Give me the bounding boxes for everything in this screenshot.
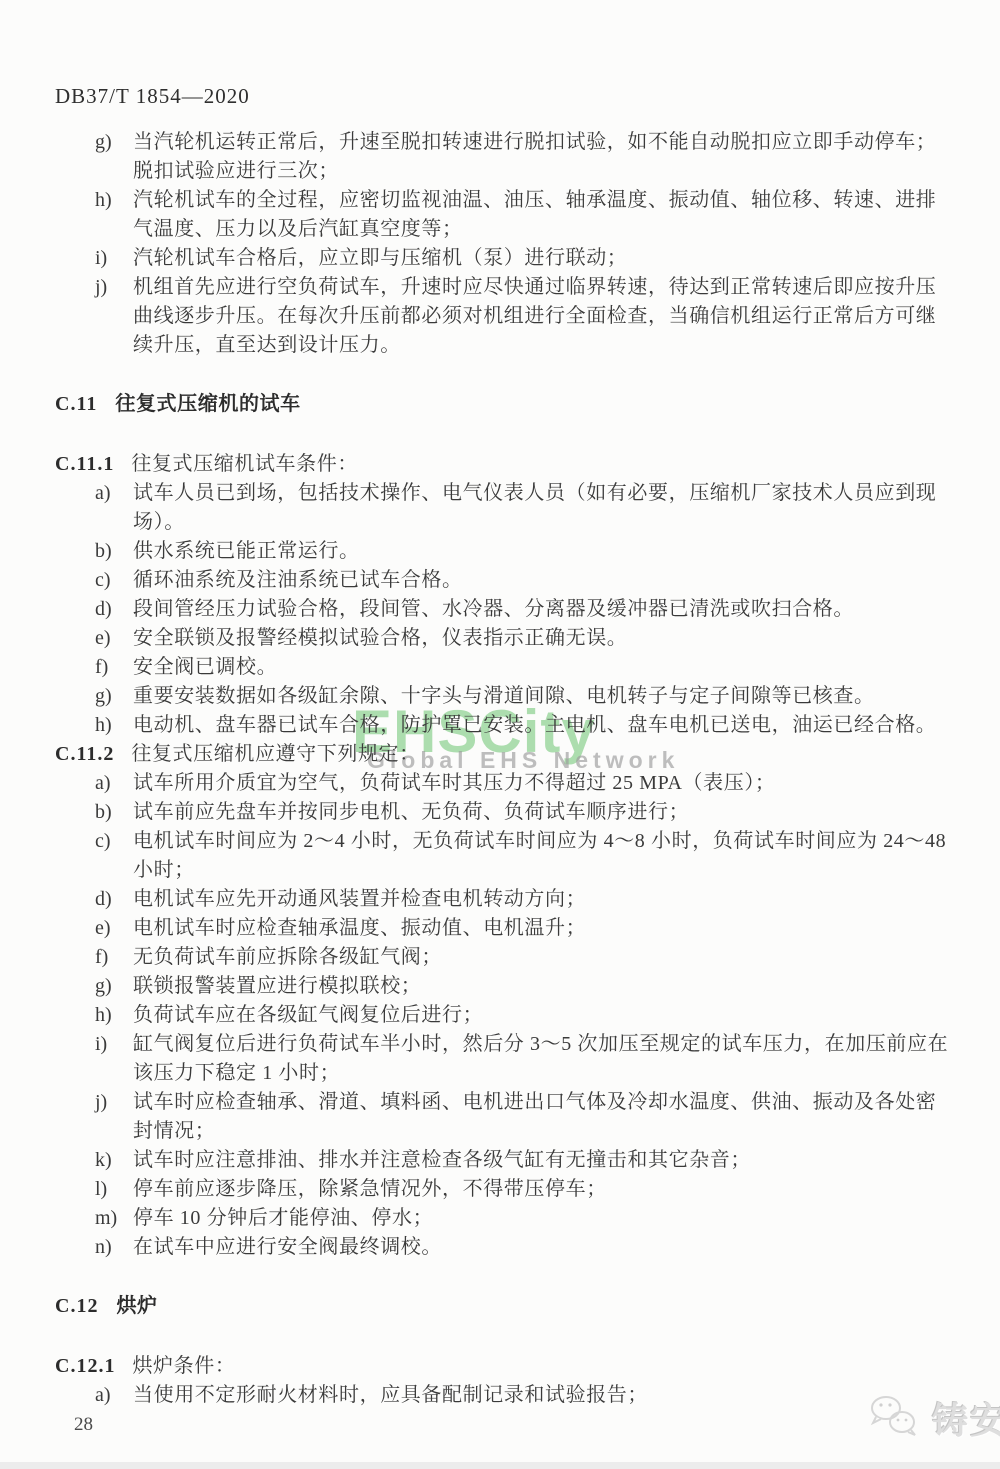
- item-label: k): [95, 1146, 112, 1175]
- scan-edge-strip: [0, 1462, 1000, 1469]
- list-item: g)联锁报警装置应进行模拟联校；: [0, 972, 950, 1001]
- item-label: m): [95, 1204, 117, 1233]
- item-text: 安全联锁及报警经模拟试验合格，仪表指示正确无误。: [133, 627, 627, 649]
- wechat-icon: [868, 1392, 932, 1445]
- item-label: e): [95, 914, 111, 943]
- section-heading: C.12烘炉: [0, 1292, 950, 1321]
- item-label: h): [95, 711, 112, 740]
- list-item: c)电机试车时间应为 2～4 小时，无负荷试车时间应为 4～8 小时，负荷试车时…: [0, 827, 950, 885]
- list-item: i)缸气阀复位后进行负荷试车半小时，然后分 3～5 次加压至规定的试车压力，在加…: [0, 1030, 950, 1088]
- list-item: h)电动机、盘车器已试车合格，防护罩已安装。主电机、盘车电机已送电，油运已经合格…: [0, 711, 950, 740]
- item-label: d): [95, 885, 112, 914]
- item-text: 汽轮机试车的全过程，应密切监视油温、油压、轴承温度、振动值、轴位移、转速、进排气…: [133, 189, 936, 240]
- list-item: d)段间管经压力试验合格，段间管、水冷器、分离器及缓冲器已清洗或吹扫合格。: [0, 595, 950, 624]
- item-text: 缸气阀复位后进行负荷试车半小时，然后分 3～5 次加压至规定的试车压力，在加压前…: [133, 1033, 948, 1084]
- list-item: j)机组首先应进行空负荷试车，升速时应尽快通过临界转速，待达到正常转速后即应按升…: [0, 273, 950, 360]
- document-page: DB37/T 1854—2020 EHSCity Global EHS Netw…: [0, 0, 1000, 1469]
- heading-number: C.11: [55, 393, 97, 415]
- item-text: 电机试车应先开动通风装置并检查电机转动方向；: [133, 888, 586, 910]
- item-text: 当使用不定形耐火材料时，应具备配制记录和试验报告；: [133, 1384, 648, 1406]
- heading-text: 往复式压缩机应遵守下列规定：: [131, 743, 419, 765]
- item-text: 电机试车时间应为 2～4 小时，无负荷试车时间应为 4～8 小时，负荷试车时间应…: [133, 830, 946, 881]
- list-item: f)无负荷试车前应拆除各级缸气阀；: [0, 943, 950, 972]
- item-text: 供水系统已能正常运行。: [133, 540, 360, 562]
- item-label: g): [95, 682, 112, 711]
- item-text: 汽轮机试车合格后，应立即与压缩机（泵）进行联动；: [133, 247, 627, 269]
- list-item: g)重要安装数据如各级缸余隙、十字头与滑道间隙、电机转子与定子间隙等已核查。: [0, 682, 950, 711]
- item-text: 停车 10 分钟后才能停油、停水；: [133, 1207, 433, 1229]
- item-label: b): [95, 798, 112, 827]
- item-label: i): [95, 1030, 107, 1059]
- item-text: 联锁报警装置应进行模拟联校；: [133, 975, 421, 997]
- item-label: a): [95, 479, 111, 508]
- heading-text: 烘炉条件：: [132, 1355, 235, 1377]
- heading-number: C.11.1: [55, 453, 114, 475]
- list-item: m)停车 10 分钟后才能停油、停水；: [0, 1204, 950, 1233]
- list-item: h)汽轮机试车的全过程，应密切监视油温、油压、轴承温度、振动值、轴位移、转速、进…: [0, 186, 950, 244]
- document-number: DB37/T 1854—2020: [55, 84, 250, 109]
- list-item: n)在试车中应进行安全阀最终调校。: [0, 1233, 950, 1262]
- item-label: f): [95, 943, 108, 972]
- item-text: 负荷试车应在各级缸气阀复位后进行；: [133, 1004, 483, 1026]
- list-item: b)供水系统已能正常运行。: [0, 537, 950, 566]
- document-body: g)当汽轮机运转正常后，升速至脱扣转速进行脱扣试验，如不能自动脱扣应立即手动停车…: [0, 128, 950, 1410]
- list-item: a)试车所用介质宜为空气，负荷试车时其压力不得超过 25 MPA（表压）；: [0, 769, 950, 798]
- list-item: a)当使用不定形耐火材料时，应具备配制记录和试验报告；: [0, 1381, 950, 1410]
- item-text: 试车前应先盘车并按同步电机、无负荷、负荷试车顺序进行；: [133, 801, 689, 823]
- item-text: 段间管经压力试验合格，段间管、水冷器、分离器及缓冲器已清洗或吹扫合格。: [133, 598, 854, 620]
- item-label: j): [95, 273, 107, 302]
- item-label: c): [95, 566, 111, 595]
- item-text: 试车时应检查轴承、滑道、填料函、电机进出口气体及冷却水温度、供油、振动及各处密封…: [133, 1091, 936, 1142]
- item-text: 在试车中应进行安全阀最终调校。: [133, 1236, 442, 1258]
- footer-logo-text: 铸安: [932, 1393, 1000, 1444]
- item-text: 当汽轮机运转正常后，升速至脱扣转速进行脱扣试验，如不能自动脱扣应立即手动停车；脱…: [133, 131, 936, 182]
- item-label: n): [95, 1233, 112, 1262]
- item-label: c): [95, 827, 111, 856]
- item-label: g): [95, 128, 112, 157]
- list-item: l)停车前应逐步降压，除紧急情况外，不得带压停车；: [0, 1175, 950, 1204]
- list-item: e)电机试车时应检查轴承温度、振动值、电机温升；: [0, 914, 950, 943]
- item-label: g): [95, 972, 112, 1001]
- item-text: 机组首先应进行空负荷试车，升速时应尽快通过临界转速，待达到正常转速后即应按升压曲…: [133, 276, 936, 356]
- clause-heading: C.11.1往复式压缩机试车条件：: [0, 450, 950, 479]
- item-label: e): [95, 624, 111, 653]
- item-label: h): [95, 186, 112, 215]
- heading-number: C.12.1: [55, 1355, 115, 1377]
- item-text: 电机试车时应检查轴承温度、振动值、电机温升；: [133, 917, 586, 939]
- item-label: j): [95, 1088, 107, 1117]
- list-item: g)当汽轮机运转正常后，升速至脱扣转速进行脱扣试验，如不能自动脱扣应立即手动停车…: [0, 128, 950, 186]
- item-text: 停车前应逐步降压，除紧急情况外，不得带压停车；: [133, 1178, 607, 1200]
- list-item: d)电机试车应先开动通风装置并检查电机转动方向；: [0, 885, 950, 914]
- item-label: a): [95, 1381, 111, 1410]
- item-label: f): [95, 653, 108, 682]
- list-item: h)负荷试车应在各级缸气阀复位后进行；: [0, 1001, 950, 1030]
- footer-logo: 铸安: [868, 1392, 1000, 1445]
- heading-number: C.12: [55, 1295, 98, 1317]
- list-item: f)安全阀已调校。: [0, 653, 950, 682]
- item-text: 试车所用介质宜为空气，负荷试车时其压力不得超过 25 MPA（表压）；: [133, 772, 776, 794]
- item-text: 电动机、盘车器已试车合格，防护罩已安装。主电机、盘车电机已送电，油运已经合格。: [133, 714, 936, 736]
- item-text: 无负荷试车前应拆除各级缸气阀；: [133, 946, 442, 968]
- item-label: a): [95, 769, 111, 798]
- heading-text: 往复式压缩机试车条件：: [131, 453, 358, 475]
- list-item: b)试车前应先盘车并按同步电机、无负荷、负荷试车顺序进行；: [0, 798, 950, 827]
- list-item: c)循环油系统及注油系统已试车合格。: [0, 566, 950, 595]
- section-heading: C.11往复式压缩机的试车: [0, 390, 950, 419]
- item-text: 循环油系统及注油系统已试车合格。: [133, 569, 463, 591]
- list-item: i)汽轮机试车合格后，应立即与压缩机（泵）进行联动；: [0, 244, 950, 273]
- item-label: d): [95, 595, 112, 624]
- item-label: i): [95, 244, 107, 273]
- item-text: 试车人员已到场，包括技术操作、电气仪表人员（如有必要，压缩机厂家技术人员应到现场…: [133, 482, 936, 533]
- clause-heading: C.11.2往复式压缩机应遵守下列规定：: [0, 740, 950, 769]
- item-label: b): [95, 537, 112, 566]
- heading-number: C.11.2: [55, 743, 114, 765]
- list-item: a)试车人员已到场，包括技术操作、电气仪表人员（如有必要，压缩机厂家技术人员应到…: [0, 479, 950, 537]
- page-number: 28: [74, 1414, 93, 1436]
- clause-heading: C.12.1烘炉条件：: [0, 1352, 950, 1381]
- heading-text: 往复式压缩机的试车: [115, 393, 300, 415]
- list-item: j)试车时应检查轴承、滑道、填料函、电机进出口气体及冷却水温度、供油、振动及各处…: [0, 1088, 950, 1146]
- list-item: k)试车时应注意排油、排水并注意检查各级气缸有无撞击和其它杂音；: [0, 1146, 950, 1175]
- item-label: l): [95, 1175, 107, 1204]
- item-label: h): [95, 1001, 112, 1030]
- item-text: 安全阀已调校。: [133, 656, 277, 678]
- list-item: e)安全联锁及报警经模拟试验合格，仪表指示正确无误。: [0, 624, 950, 653]
- item-text: 试车时应注意排油、排水并注意检查各级气缸有无撞击和其它杂音；: [133, 1149, 751, 1171]
- item-text: 重要安装数据如各级缸余隙、十字头与滑道间隙、电机转子与定子间隙等已核查。: [133, 685, 875, 707]
- heading-text: 烘炉: [116, 1295, 157, 1317]
